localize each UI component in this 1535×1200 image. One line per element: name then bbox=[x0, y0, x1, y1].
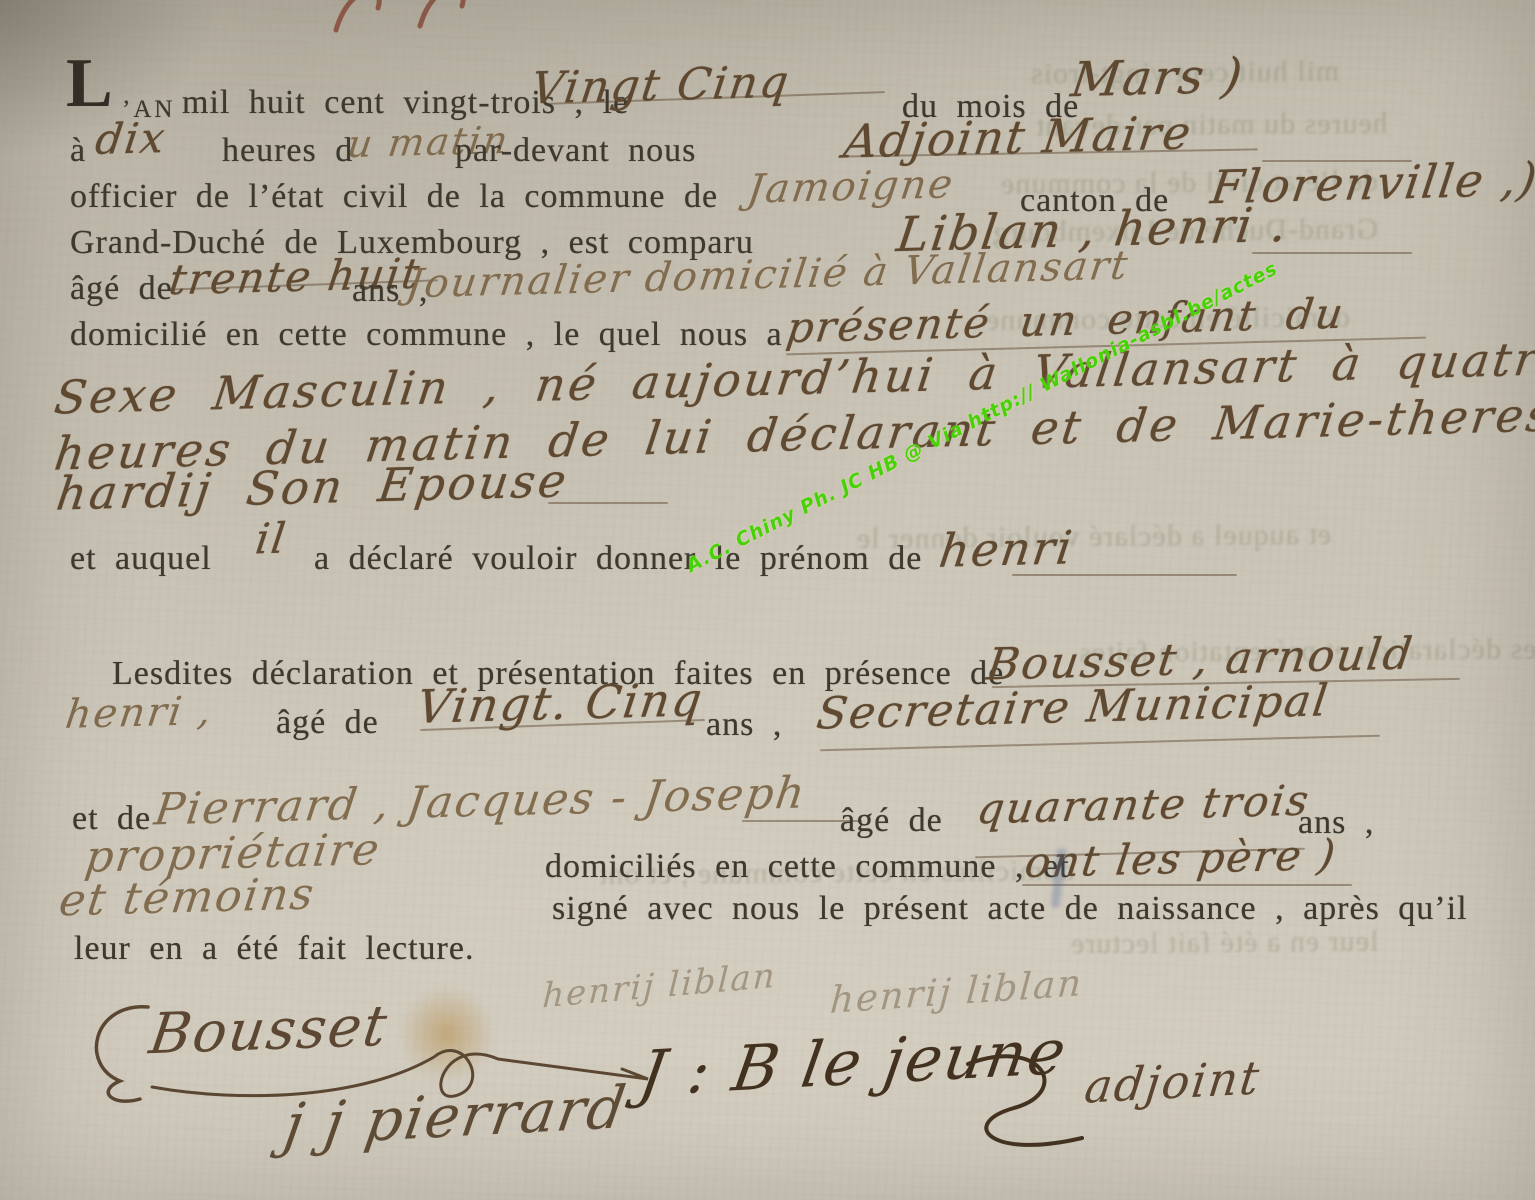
line13-printed-age: âgé de bbox=[840, 802, 943, 840]
line10-printed-etauquel: et auquel bbox=[70, 540, 212, 578]
line2-hand-officier: Adjoint Maire bbox=[841, 105, 1196, 168]
bleedthrough-text: et auquel a déclaré vouloir donner le bbox=[856, 518, 1331, 556]
line1-hand-day: Vingt Cinq bbox=[528, 57, 793, 115]
line12-hand-henri: henri , bbox=[63, 688, 216, 738]
line2-printed-pardevant: par-devant nous bbox=[455, 132, 696, 170]
line15-hand-temoins: et témoins bbox=[56, 869, 318, 927]
line1-hand-month: Mars ) bbox=[1068, 48, 1247, 108]
line10-hand-il: il bbox=[253, 514, 290, 564]
signature-adjoint: adjoint bbox=[1082, 1050, 1264, 1114]
line14-hand-ontlespere: ont les père ) bbox=[1022, 830, 1340, 887]
line12-printed-ans: ans , bbox=[706, 706, 782, 744]
line12-hand-age: Vingt. Cinq bbox=[414, 672, 707, 733]
bleedthrough-text: leur en a été fait lecture bbox=[1070, 925, 1379, 962]
line14-printed: domiciliés en cette commune , et bbox=[545, 848, 1070, 886]
signature-liblan-2: henrij liblan bbox=[829, 961, 1085, 1022]
line15-printed: signé avec nous le présent acte de naiss… bbox=[552, 890, 1468, 928]
top-ink-mark bbox=[328, 0, 508, 32]
line10-printed-prenom: a déclaré vouloir donner le prénom de bbox=[314, 540, 922, 578]
line12-printed-age: âgé de bbox=[276, 704, 379, 742]
dropcap-L: L bbox=[66, 54, 113, 114]
line13-hand-age: quarante trois bbox=[974, 776, 1313, 834]
line3-hand-commune: Jamoigne bbox=[745, 161, 958, 212]
line10-hand-prenom: henri bbox=[936, 520, 1077, 577]
line16-printed-lecture: leur en a été fait lecture. bbox=[74, 930, 474, 968]
line5-printed-age: âgé de bbox=[70, 270, 173, 308]
line2-hand-hour: dix bbox=[93, 113, 170, 164]
line6-printed: domicilié en cette commune , le quel nou… bbox=[70, 316, 783, 354]
line13-hand-temoin2: Pierrard , Jacques - Joseph bbox=[151, 768, 809, 836]
line2-printed-a: à bbox=[70, 132, 86, 170]
document-scan: mil huit cent vingt-trois heures du mati… bbox=[0, 0, 1535, 1200]
line3-printed: officier de l’état civil de la commune d… bbox=[70, 178, 718, 216]
line2-printed: heures d bbox=[222, 132, 353, 170]
